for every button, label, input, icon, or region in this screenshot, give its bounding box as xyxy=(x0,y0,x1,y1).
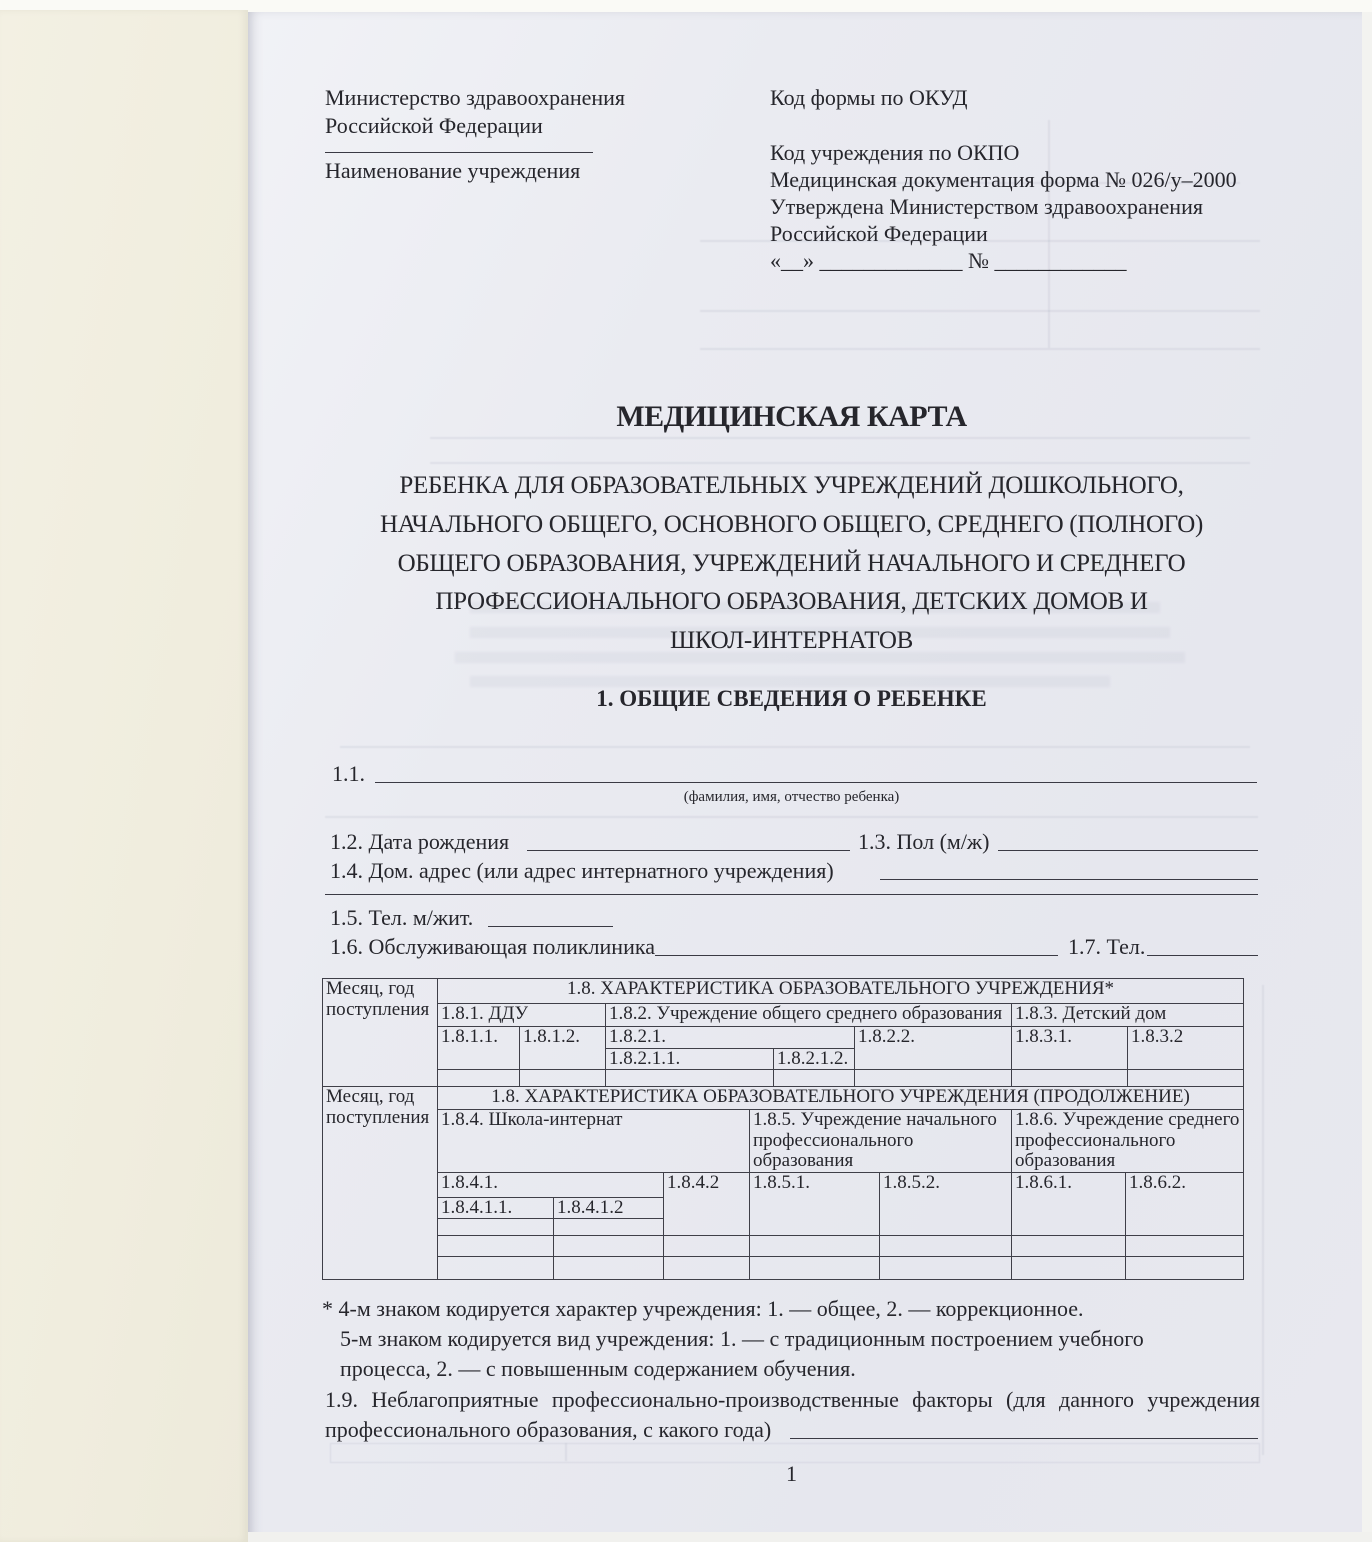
table2-entry-cell xyxy=(1012,1236,1126,1257)
ministry-name-line2: Российской Федерации xyxy=(325,112,543,139)
table-educational-institution: Месяц, год поступления 1.8. ХАРАКТЕРИСТИ… xyxy=(322,978,1244,1087)
approved-by-line2: Российской Федерации xyxy=(770,220,988,247)
field-1-6-blank-line xyxy=(655,955,1058,956)
approval-date-number-blanks: «__» _____________ № ____________ xyxy=(770,247,1127,274)
institution-name-blank-line xyxy=(325,152,593,153)
table2-entry-cell xyxy=(750,1236,880,1257)
section1-heading: 1. ОБЩИЕ СВЕДЕНИЯ О РЕБЕНКЕ xyxy=(325,686,1258,712)
field-1-3-blank-line xyxy=(998,850,1258,851)
table2-cell-1862: 1.8.6.2. xyxy=(1126,1172,1244,1236)
table2-entry-cell xyxy=(1126,1257,1244,1280)
table1-cell-1822: 1.8.2.2. xyxy=(855,1027,1012,1070)
field-1-7-label: 1.7. Тел. xyxy=(1068,933,1145,960)
table2-cell-1841: 1.8.4.1. xyxy=(438,1172,664,1197)
table2-cell-18411: 1.8.4.1.1. xyxy=(438,1197,554,1219)
table1-group-orphanage: 1.8.3. Детский дом xyxy=(1012,1004,1244,1027)
subtitle-line: ШКОЛ-ИНТЕРНАТОВ xyxy=(325,622,1258,661)
bleed-through-ghost xyxy=(700,348,1260,350)
bleed-through-ghost xyxy=(325,816,1258,818)
table2-entry-cell xyxy=(554,1219,664,1236)
table2-month-year-cell: Месяц, год поступления xyxy=(323,1087,438,1280)
table2-entry-cell xyxy=(750,1257,880,1280)
table2-entry-cell xyxy=(554,1257,664,1280)
form-number-label: Медицинская документация форма № 026/у–2… xyxy=(770,166,1237,193)
field-1-2-blank-line xyxy=(527,850,850,851)
table2-entry-cell xyxy=(880,1257,1012,1280)
bleed-through-ghost xyxy=(430,462,1250,464)
table1-group-general-school: 1.8.2. Учреждение общего среднего образо… xyxy=(606,1004,1012,1027)
table1-entry-cell xyxy=(1128,1070,1244,1087)
table1-entry-cell xyxy=(855,1070,1012,1087)
field-1-1-blank-line xyxy=(375,782,1257,783)
field-1-1-caption: (фамилия, имя, отчество ребенка) xyxy=(325,788,1258,806)
month-year-line1: Месяц, год xyxy=(326,979,434,1000)
table2-group-boarding-school: 1.8.4. Школа-интернат xyxy=(438,1110,750,1173)
table2-cell-1852: 1.8.5.2. xyxy=(880,1172,1012,1236)
table1-group-ddu: 1.8.1. ДДУ xyxy=(438,1004,606,1027)
table1-cell-1821: 1.8.2.1. xyxy=(606,1027,855,1049)
field-1-5-label: 1.5. Тел. м/жит. xyxy=(330,904,473,931)
bleed-through-ghost xyxy=(700,310,1260,312)
field-1-5-blank-line xyxy=(488,926,613,927)
field-1-2-label: 1.2. Дата рождения xyxy=(330,828,509,855)
table1-cell-1811: 1.8.1.1. xyxy=(438,1027,520,1070)
institution-name-label: Наименование учреждения xyxy=(325,157,580,184)
month-year-line2: поступления xyxy=(326,1108,434,1129)
field-1-4-label: 1.4. Дом. адрес (или адрес интернатного … xyxy=(330,857,834,884)
bleed-through-ghost xyxy=(430,437,1250,439)
footnote-line3: процесса, 2. — с повышенным содержанием … xyxy=(340,1355,856,1382)
table1-cell-1832: 1.8.3.2 xyxy=(1128,1027,1244,1070)
table2-cell-1842: 1.8.4.2 xyxy=(664,1172,750,1236)
footnote-line2: 5-м знаком кодируется вид учреждения: 1.… xyxy=(340,1325,1144,1352)
subtitle-line: РЕБЕНКА ДЛЯ ОБРАЗОВАТЕЛЬНЫХ УЧРЕЖДЕНИЙ Д… xyxy=(325,467,1258,506)
table2-entry-cell xyxy=(1126,1236,1244,1257)
approved-by-line1: Утверждена Министерством здравоохранения xyxy=(770,193,1203,220)
table1-header-cell: 1.8. ХАРАКТЕРИСТИКА ОБРАЗОВАТЕЛЬНОГО УЧР… xyxy=(438,979,1244,1004)
bleed-through-ghost xyxy=(565,1443,567,1461)
table1-cell-1831: 1.8.3.1. xyxy=(1012,1027,1128,1070)
bleed-through-ghost xyxy=(1262,985,1264,1455)
table1-entry-cell xyxy=(520,1070,606,1087)
table2-entry-cell xyxy=(880,1236,1012,1257)
table2-cell-1861: 1.8.6.1. xyxy=(1012,1172,1126,1236)
table2-cell-18412: 1.8.4.1.2 xyxy=(554,1197,664,1219)
field-1-9-blank-line xyxy=(790,1438,1258,1439)
page-content: Министерство здравоохранения Российской … xyxy=(0,0,1372,1542)
bleed-through-ghost xyxy=(1048,120,1050,348)
table2-group-secondary-vocational: 1.8.6. Учреждение среднего профессиональ… xyxy=(1012,1110,1244,1173)
table-educational-institution-continued: Месяц, год поступления 1.8. ХАРАКТЕРИСТИ… xyxy=(322,1086,1244,1280)
okud-code-label: Код формы по ОКУД xyxy=(770,84,968,111)
footnote-line1: * 4-м знаком кодируется характер учрежде… xyxy=(322,1295,1084,1322)
table2-group-primary-vocational: 1.8.5. Учреждение начального профессиона… xyxy=(750,1110,1012,1173)
table1-month-year-cell: Месяц, год поступления xyxy=(323,979,438,1087)
field-1-4-blank-line xyxy=(880,879,1258,880)
table1-entry-cell xyxy=(1012,1070,1128,1087)
photographed-document: Министерство здравоохранения Российской … xyxy=(0,0,1372,1542)
field-1-1-label: 1.1. xyxy=(332,760,365,787)
month-year-line1: Месяц, год xyxy=(326,1087,434,1108)
month-year-line2: поступления xyxy=(326,1000,434,1021)
table2-entry-cell xyxy=(664,1257,750,1280)
field-1-3-label: 1.3. Пол (м/ж) xyxy=(858,828,989,855)
page-number: 1 xyxy=(325,1460,1258,1487)
table1-cell-1812: 1.8.1.2. xyxy=(520,1027,606,1070)
subtitle-line: ОБЩЕГО ОБРАЗОВАНИЯ, УЧРЕЖДЕНИЙ НАЧАЛЬНОГ… xyxy=(325,545,1258,584)
table2-cell-1851: 1.8.5.1. xyxy=(750,1172,880,1236)
document-subtitle: РЕБЕНКА ДЛЯ ОБРАЗОВАТЕЛЬНЫХ УЧРЕЖДЕНИЙ Д… xyxy=(325,467,1258,661)
table2-entry-cell xyxy=(438,1219,554,1236)
table1-entry-cell xyxy=(774,1070,855,1087)
table2-entry-cell xyxy=(1012,1257,1126,1280)
bleed-through-ghost xyxy=(340,746,1250,748)
table2-entry-cell xyxy=(438,1257,554,1280)
table1-entry-cell xyxy=(438,1070,520,1087)
document-title: МЕДИЦИНСКАЯ КАРТА xyxy=(325,400,1258,434)
table2-header-cell: 1.8. ХАРАКТЕРИСТИКА ОБРАЗОВАТЕЛЬНОГО УЧР… xyxy=(438,1087,1244,1110)
okpo-code-label: Код учреждения по ОКПО xyxy=(770,139,1019,166)
table1-cell-18212: 1.8.2.1.2. xyxy=(774,1048,855,1070)
table1-cell-18211: 1.8.2.1.1. xyxy=(606,1048,774,1070)
field-1-7-blank-line xyxy=(1147,955,1258,956)
table1-entry-cell xyxy=(606,1070,774,1087)
field-1-9-label-line2: профессионального образования, с какого … xyxy=(325,1416,771,1443)
subtitle-line: ПРОФЕССИОНАЛЬНОГО ОБРАЗОВАНИЯ, ДЕТСКИХ Д… xyxy=(325,583,1258,622)
table2-entry-cell xyxy=(554,1236,664,1257)
field-1-9-label-line1: 1.9. Неблагоприятные профессионально-про… xyxy=(325,1386,1260,1413)
subtitle-line: НАЧАЛЬНОГО ОБЩЕГО, ОСНОВНОГО ОБЩЕГО, СРЕ… xyxy=(325,506,1258,545)
field-1-6-label: 1.6. Обслуживающая поликлиника xyxy=(330,933,655,960)
table2-entry-cell xyxy=(438,1236,554,1257)
field-1-4-blank-line-2 xyxy=(325,894,1258,895)
ministry-name-line1: Министерство здравоохранения xyxy=(325,84,625,111)
table2-entry-cell xyxy=(664,1236,750,1257)
